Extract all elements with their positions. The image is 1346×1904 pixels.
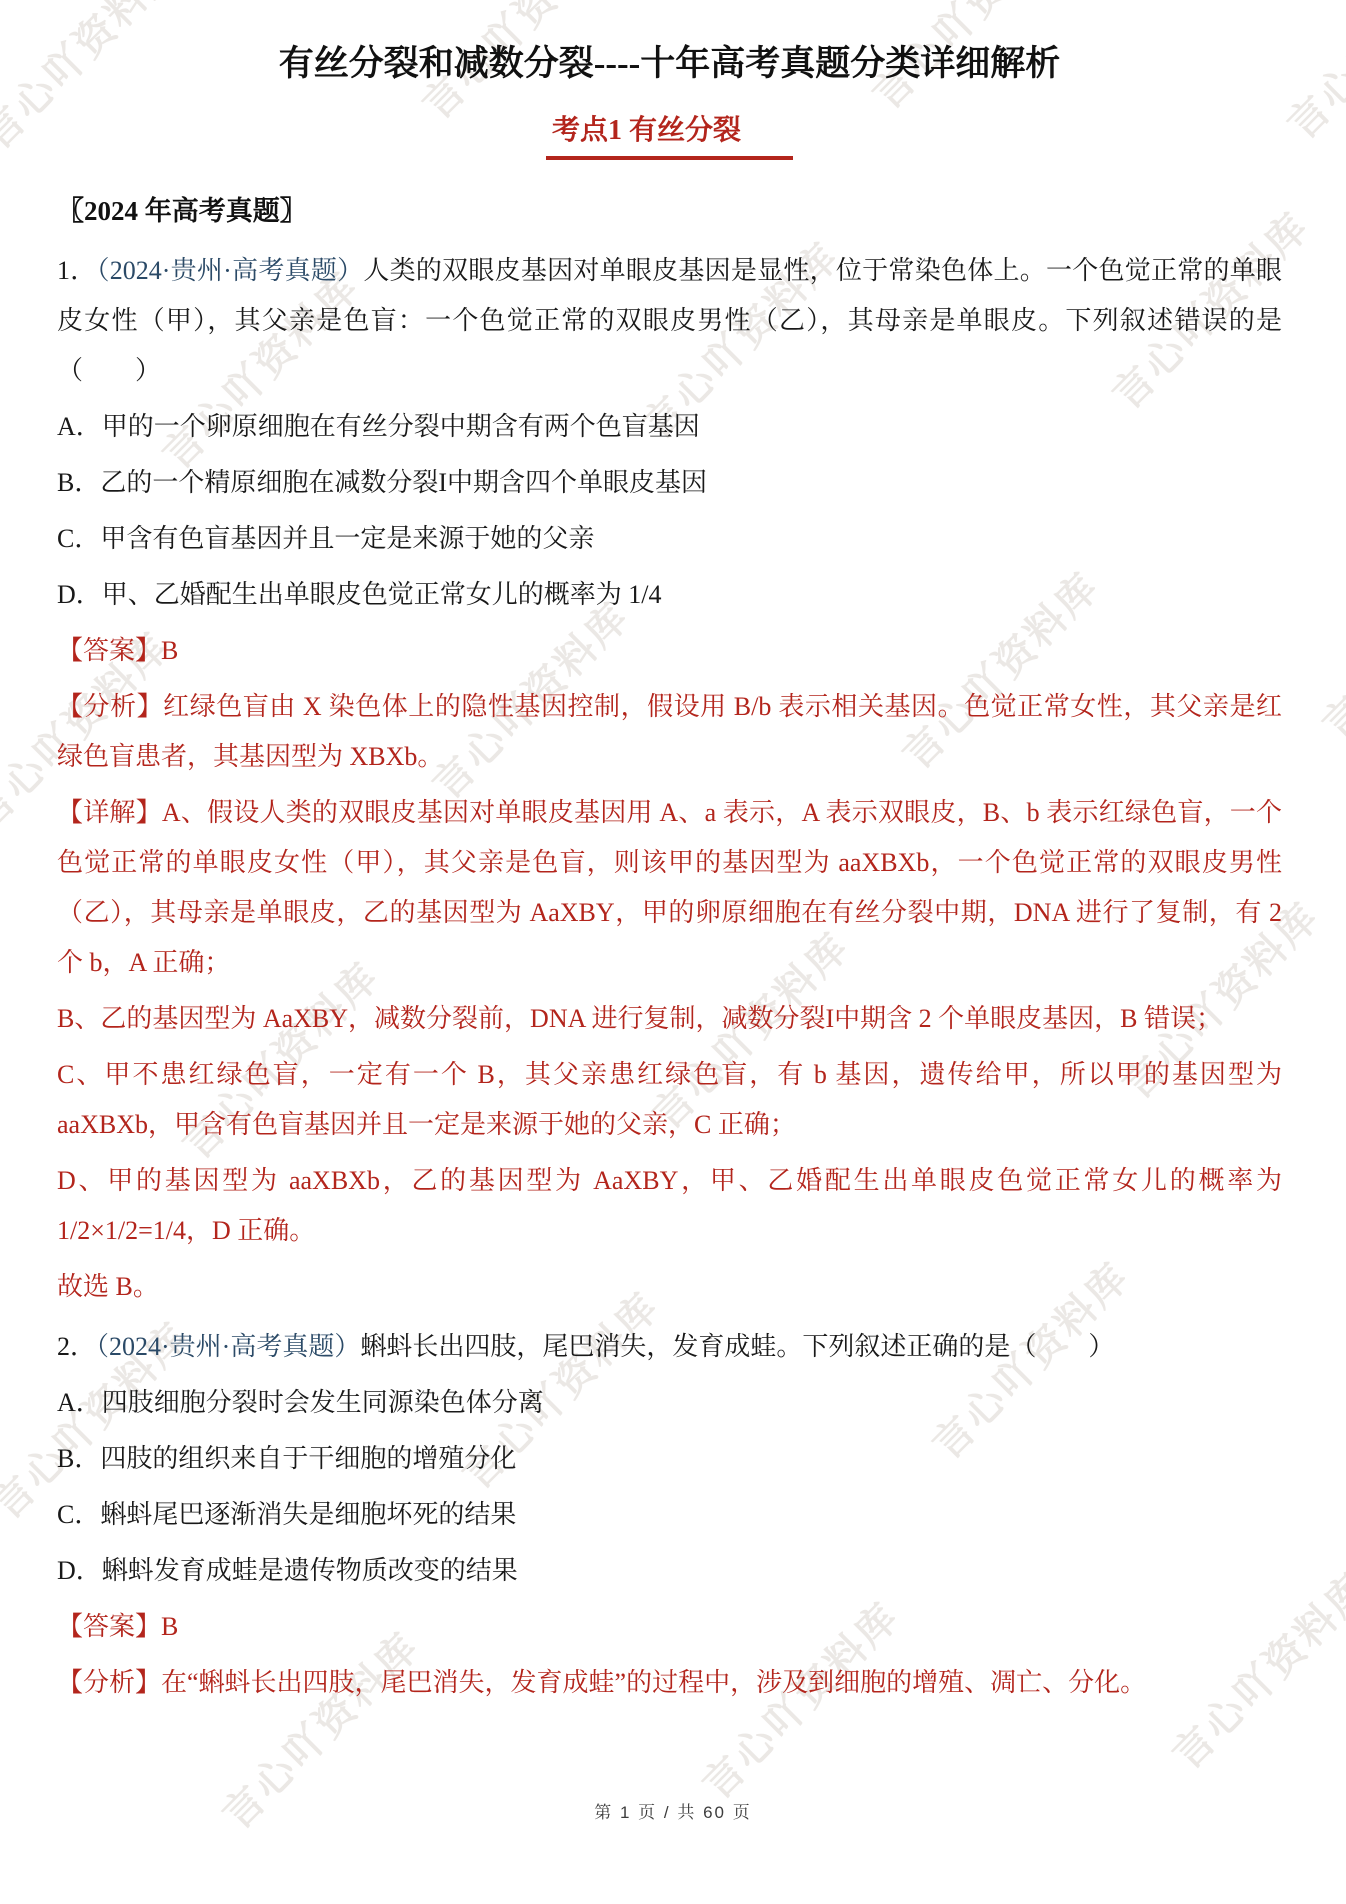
section-heading: 考点1 有丝分裂 [57, 110, 1282, 160]
question-number: 2． [57, 1332, 96, 1361]
option-d: D．甲、乙婚配生出单眼皮色觉正常女儿的概率为 1/4 [57, 570, 1282, 620]
question-source: （2024·贵州·高考真题） [97, 256, 364, 285]
answer-value: B [161, 1612, 178, 1641]
detail-paragraph-b: B、乙的基因型为 AaXBY，减数分裂前，DNA 进行复制，减数分裂I中期含 2… [57, 994, 1282, 1044]
answer-label: 【答案】 [57, 636, 161, 665]
analysis-text: 在“蝌蚪长出四肢，尾巴消失，发育成蛙”的过程中，涉及到细胞的增殖、凋亡、分化。 [161, 1668, 1146, 1697]
question-number: 1． [57, 256, 97, 285]
section-heading-underlined-text: 考点1 有丝分裂 [546, 110, 793, 160]
question-1: 1．（2024·贵州·高考真题）人类的双眼皮基因对单眼皮基因是显性，位于常染色体… [57, 246, 1282, 1312]
option-b: B．四肢的组织来自于干细胞的增殖分化 [57, 1434, 1282, 1484]
answer-label: 【答案】 [57, 1612, 161, 1641]
year-header: 〖2024 年高考真题〗 [57, 186, 1282, 236]
detail-text-a: A、假设人类的双眼皮基因对单眼皮基因用 A、a 表示，A 表示双眼皮，B、b 表… [57, 798, 1282, 977]
detail-label: 【详解】 [57, 798, 162, 827]
option-d: D．蝌蚪发育成蛙是遗传物质改变的结果 [57, 1546, 1282, 1596]
analysis-label: 【分析】 [57, 1668, 161, 1697]
question-source: （2024·贵州·高考真题） [96, 1332, 360, 1361]
analysis-paragraph: 【分析】红绿色盲由 X 染色体上的隐性基因控制，假设用 B/b 表示相关基因。色… [57, 682, 1282, 782]
answer-value: B [161, 636, 178, 665]
page-footer: 第 1 页 / 共 60 页 [0, 1800, 1346, 1826]
answer-line: 【答案】B [57, 626, 1282, 676]
question-stem-text: 蝌蚪长出四肢，尾巴消失，发育成蛙。下列叙述正确的是（ ） [360, 1332, 1114, 1361]
option-a: A．四肢细胞分裂时会发生同源染色体分离 [57, 1378, 1282, 1428]
analysis-label: 【分析】 [57, 692, 163, 721]
page-content: 有丝分裂和减数分裂----十年高考真题分类详细解析 考点1 有丝分裂 〖2024… [0, 0, 1346, 1708]
option-c: C．蝌蚪尾巴逐渐消失是细胞坏死的结果 [57, 1490, 1282, 1540]
option-a: A．甲的一个卵原细胞在有丝分裂中期含有两个色盲基因 [57, 402, 1282, 452]
detail-paragraph-c: C、甲不患红绿色盲，一定有一个 B，其父亲患红绿色盲，有 b 基因，遗传给甲，所… [57, 1050, 1282, 1150]
question-2: 2．（2024·贵州·高考真题）蝌蚪长出四肢，尾巴消失，发育成蛙。下列叙述正确的… [57, 1322, 1282, 1708]
detail-paragraph-d: D、甲的基因型为 aaXBXb，乙的基因型为 AaXBY，甲、乙婚配生出单眼皮色… [57, 1156, 1282, 1256]
document-page: 言心吖资料库言心吖资料库言心吖资料库言心吖资料库言心吖资料库言心吖资料库言心吖资… [0, 0, 1346, 1904]
analysis-text: 红绿色盲由 X 染色体上的隐性基因控制，假设用 B/b 表示相关基因。色觉正常女… [57, 692, 1282, 771]
answer-line: 【答案】B [57, 1602, 1282, 1652]
option-c: C．甲含有色盲基因并且一定是来源于她的父亲 [57, 514, 1282, 564]
conclusion-line: 故选 B。 [57, 1262, 1282, 1312]
option-b: B．乙的一个精原细胞在减数分裂I中期含四个单眼皮基因 [57, 458, 1282, 508]
question-stem: 1．（2024·贵州·高考真题）人类的双眼皮基因对单眼皮基因是显性，位于常染色体… [57, 246, 1282, 396]
detail-paragraph-a: 【详解】A、假设人类的双眼皮基因对单眼皮基因用 A、a 表示，A 表示双眼皮，B… [57, 788, 1282, 988]
analysis-paragraph: 【分析】在“蝌蚪长出四肢，尾巴消失，发育成蛙”的过程中，涉及到细胞的增殖、凋亡、… [57, 1658, 1282, 1708]
doc-title: 有丝分裂和减数分裂----十年高考真题分类详细解析 [57, 40, 1282, 88]
question-stem: 2．（2024·贵州·高考真题）蝌蚪长出四肢，尾巴消失，发育成蛙。下列叙述正确的… [57, 1322, 1282, 1372]
